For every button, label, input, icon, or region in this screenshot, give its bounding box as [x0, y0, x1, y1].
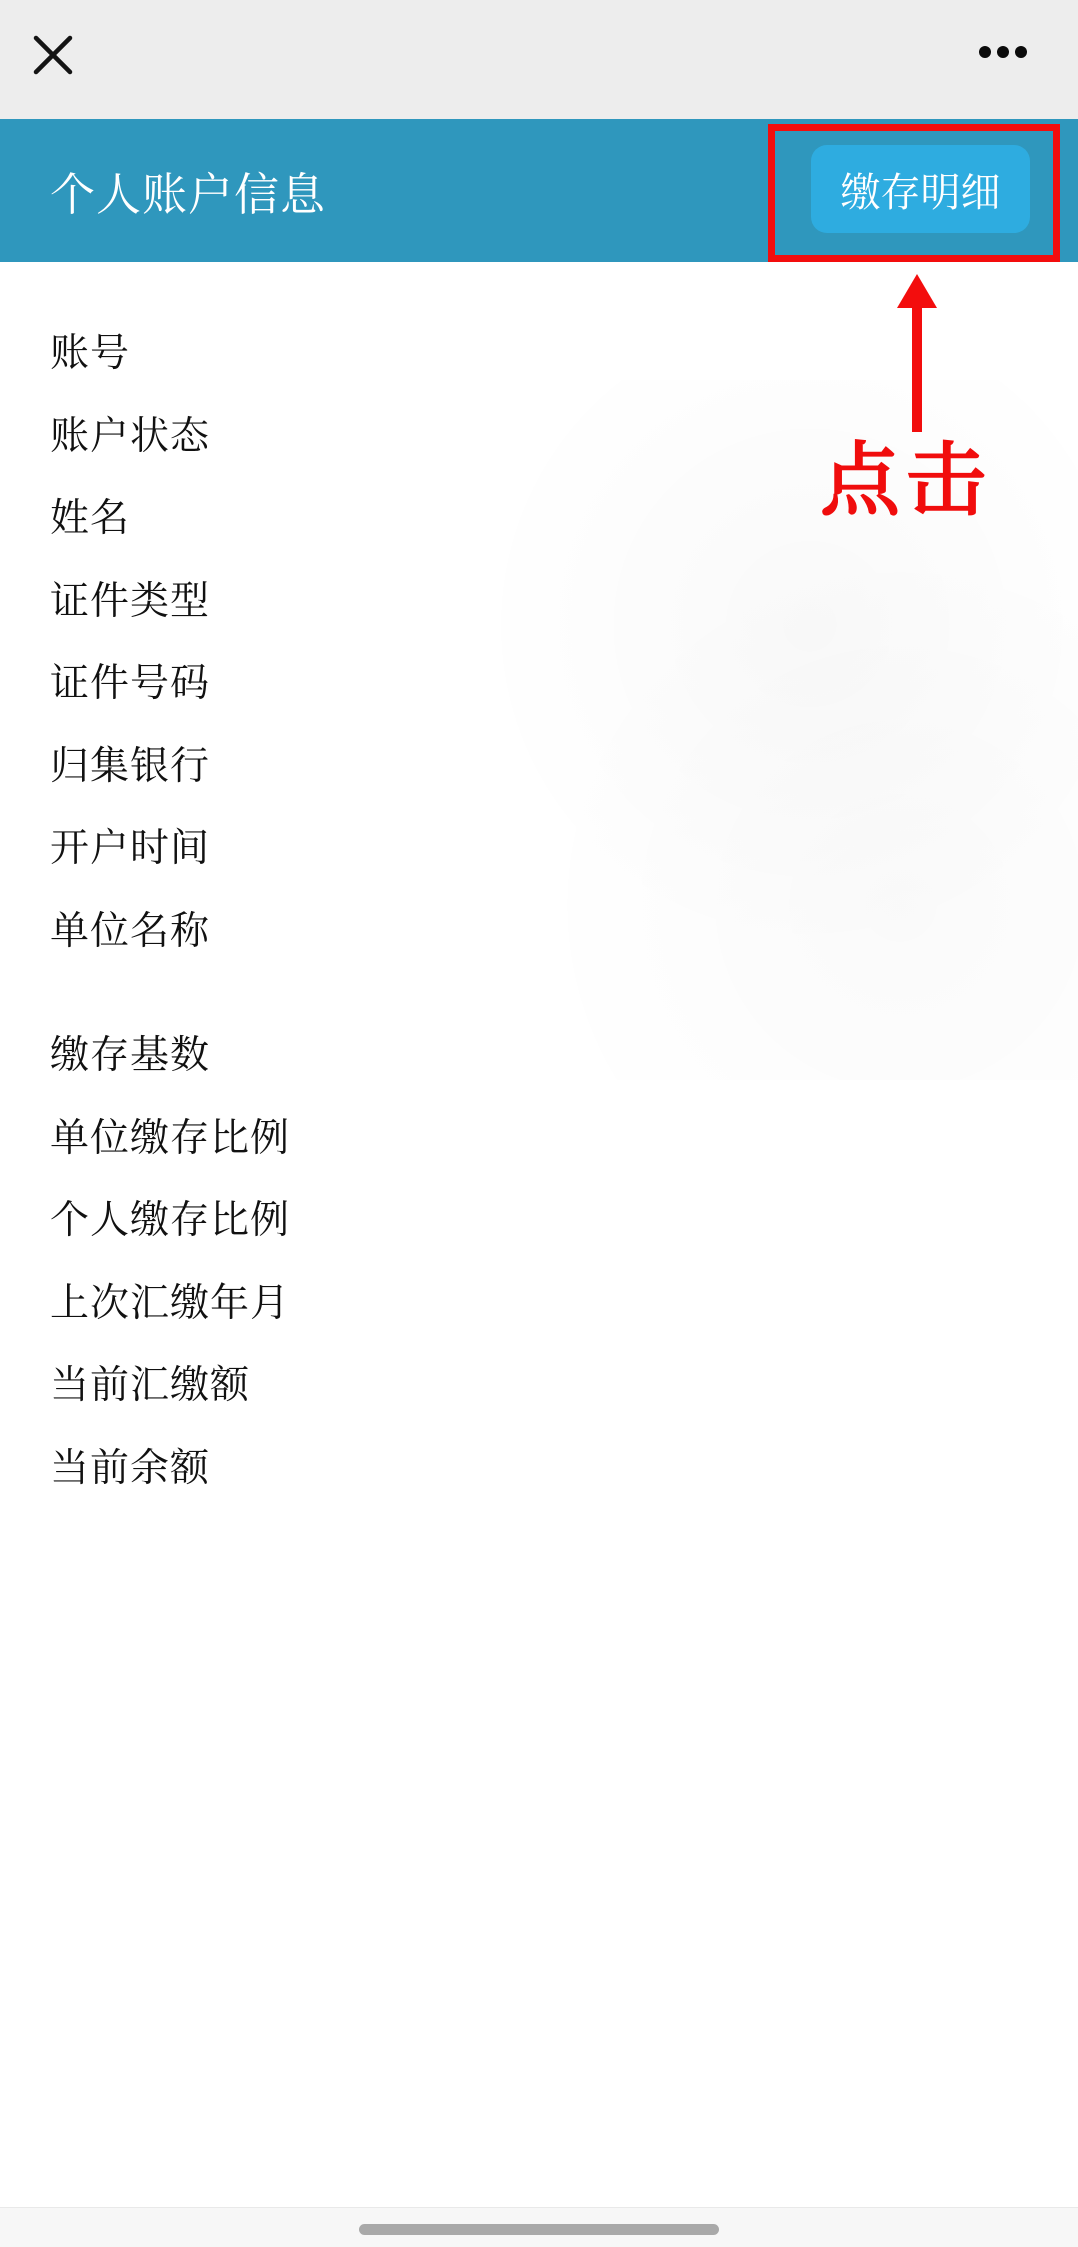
field-row-account-number: 账号 — [50, 309, 950, 392]
field-row-last-remit-month: 上次汇缴年月 — [50, 1259, 950, 1342]
field-label: 姓名 — [50, 487, 130, 543]
field-row-employer-ratio: 单位缴存比例 — [50, 1094, 950, 1177]
home-indicator[interactable] — [359, 2224, 719, 2235]
field-label: 归集银行 — [50, 735, 210, 791]
field-row-open-date: 开户时间 — [50, 804, 950, 887]
field-label: 当前余额 — [50, 1437, 210, 1493]
field-row-id-type: 证件类型 — [50, 557, 950, 640]
ellipsis-dot — [979, 46, 991, 58]
field-row-current-remit-amount: 当前汇缴额 — [50, 1341, 950, 1424]
page-title: 个人账户信息 — [50, 158, 326, 223]
field-label: 单位缴存比例 — [50, 1107, 290, 1163]
field-row-account-status: 账户状态 — [50, 392, 950, 475]
account-info-list: 账号 账户状态 姓名 证件类型 证件号码 归集银行 开户时间 单位名称 缴存基数… — [50, 309, 950, 1506]
more-menu-icon[interactable] — [979, 46, 1027, 58]
field-label: 账号 — [50, 322, 130, 378]
close-icon[interactable] — [33, 35, 73, 75]
field-label: 上次汇缴年月 — [50, 1272, 290, 1328]
page-header: 个人账户信息 缴存明细 — [0, 119, 1078, 262]
field-row-collection-bank: 归集银行 — [50, 722, 950, 805]
field-label: 证件类型 — [50, 570, 210, 626]
field-label: 单位名称 — [50, 900, 210, 956]
field-label: 开户时间 — [50, 817, 210, 873]
topbar — [0, 0, 1078, 119]
bottom-system-bar — [0, 2207, 1078, 2247]
ellipsis-dot — [997, 46, 1009, 58]
field-label: 证件号码 — [50, 652, 210, 708]
deposit-info-list: 缴存基数 单位缴存比例 个人缴存比例 上次汇缴年月 当前汇缴额 当前余额 — [50, 1011, 950, 1506]
field-label: 缴存基数 — [50, 1024, 210, 1080]
field-row-name: 姓名 — [50, 474, 950, 557]
field-label: 当前汇缴额 — [50, 1354, 250, 1410]
field-row-current-balance: 当前余额 — [50, 1424, 950, 1507]
field-label: 个人缴存比例 — [50, 1189, 290, 1245]
ellipsis-dot — [1015, 46, 1027, 58]
field-row-id-number: 证件号码 — [50, 639, 950, 722]
field-label: 账户状态 — [50, 405, 210, 461]
field-row-deposit-base: 缴存基数 — [50, 1011, 950, 1094]
field-row-personal-ratio: 个人缴存比例 — [50, 1176, 950, 1259]
deposit-detail-button[interactable]: 缴存明细 — [811, 145, 1030, 233]
field-row-employer-name: 单位名称 — [50, 887, 950, 970]
